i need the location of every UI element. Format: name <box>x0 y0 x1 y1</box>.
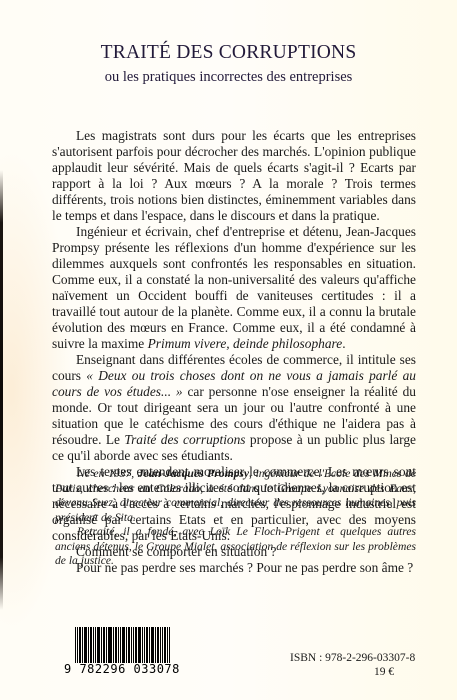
book-title-reference: Traité des corruptions <box>124 432 245 447</box>
latin-maxim: Primum vivere, deinde philosophare <box>148 336 343 351</box>
back-cover: TRAITÉ DES CORRUPTIONS ou les pratiques … <box>0 0 457 700</box>
book-title: TRAITÉ DES CORRUPTIONS <box>0 42 457 64</box>
author-name: Jean-Jacques Prompsy <box>138 467 249 480</box>
book-spine-edge <box>0 170 3 610</box>
blurb-text-span: Ingénieur et écrivain, chef d'entreprise… <box>52 224 416 351</box>
blurb-paragraph-3: Enseignant dans différentes écoles de co… <box>52 352 416 464</box>
isbn: ISBN : 978-2-296-03307-8 <box>290 652 415 664</box>
author-bio: Né en 1937, Jean-Jacques Prompsy, ingéni… <box>55 467 416 569</box>
bio-paragraph-1: Né en 1937, Jean-Jacques Prompsy, ingéni… <box>55 467 416 525</box>
blurb-paragraph-1: Les magistrats sont durs pour les écarts… <box>52 128 416 224</box>
blurb-text-span: . <box>342 336 345 351</box>
bio-text-span: Né en 1937, <box>77 467 138 480</box>
book-subtitle: ou les pratiques incorrectes des entrepr… <box>0 69 457 86</box>
bio-paragraph-2: Retraité, il a fondé, avec Loïk Le Floch… <box>55 525 416 569</box>
blurb-paragraph-2: Ingénieur et écrivain, chef d'entreprise… <box>52 224 416 352</box>
price: 19 € <box>374 666 394 678</box>
barcode <box>75 627 180 663</box>
barcode-number: 9 782296 033078 <box>64 662 180 676</box>
